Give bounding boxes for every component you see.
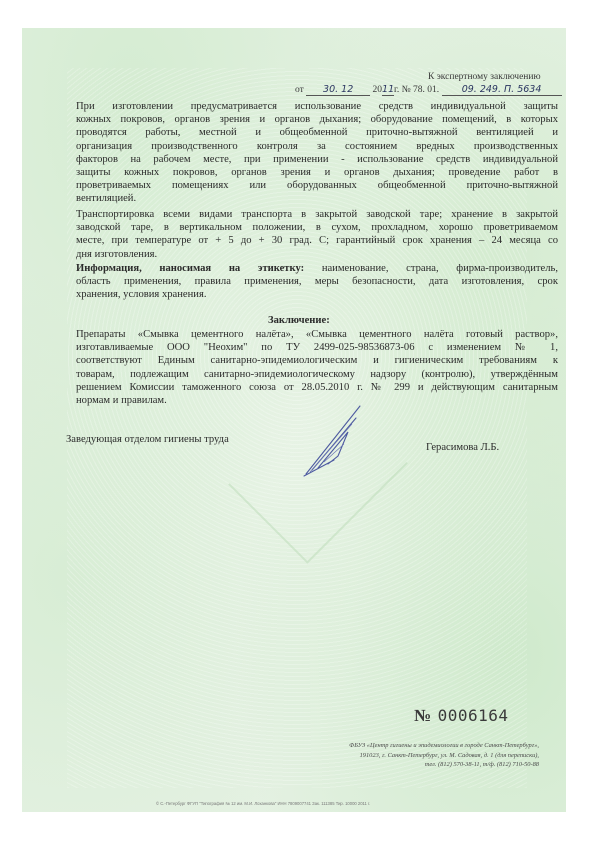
- address-line: ФБУЗ «Центр гигиены и эпидемиологии в го…: [349, 741, 539, 751]
- text-line: товарам, подлежащим санитарно-эпидемиоло…: [76, 368, 558, 381]
- number-sign: №: [414, 706, 432, 725]
- reference-line: от 30. 12 2011г. № 78. 01. 09. 249. П. 5…: [295, 84, 562, 96]
- handwritten-signature: [298, 398, 378, 478]
- conclusion-paragraph: Препараты «Смывка цементного налёта», «С…: [76, 328, 558, 407]
- text-line: Транспортировка всеми видами транспорта …: [76, 208, 558, 221]
- signatory-name: Герасимова Л.Б.: [426, 442, 499, 453]
- serial-value: 0006164: [438, 706, 509, 725]
- year-label: г.: [394, 85, 399, 95]
- text-line: защиты кожных покровов, органов зрения и…: [76, 166, 558, 179]
- from-label: от: [295, 85, 304, 95]
- transport-storage-paragraph: Транспортировка всеми видами транспорта …: [76, 208, 558, 261]
- year-prefix: 20: [373, 85, 383, 95]
- year-suffix: 11: [382, 84, 394, 96]
- text-line: решением Комиссии таможенного союза от 2…: [76, 381, 558, 394]
- text-line: дня изготовления.: [76, 248, 558, 261]
- text-line: проветриваемых помещениях или оборудован…: [76, 179, 558, 192]
- signatory-position: Заведующая отделом гигиены труда: [66, 434, 229, 445]
- text-line: изготавливаемые ООО "Неохим" по ТУ 2499-…: [76, 341, 558, 354]
- text-line: проводятся работы, местной и общеобменно…: [76, 126, 558, 139]
- text-line: хранения, условия хранения.: [76, 288, 558, 301]
- form-serial-number: №0006164: [414, 706, 509, 726]
- text-line: кожных покровов, органов зрения и органо…: [76, 113, 558, 126]
- label-info-paragraph: Информация, наносимая на этикетку: наиме…: [76, 262, 558, 302]
- conclusion-heading: Заключение:: [268, 315, 330, 326]
- printer-footer: © С.-Петербург ФГУП "Типография № 12 им.…: [156, 801, 370, 806]
- text-line: При изготовлении предусматривается испол…: [76, 100, 558, 113]
- text-line: организация производственного контроля з…: [76, 140, 558, 153]
- text-line: факторов на рабочем месте, при применени…: [76, 153, 558, 166]
- text-line: соответствуют Единым санитарно-эпидемиол…: [76, 354, 558, 367]
- text-line: заводской таре, в вертикальном положении…: [76, 221, 558, 234]
- date-field: 30. 12: [306, 84, 370, 96]
- text-line: Препараты «Смывка цементного налёта», «С…: [76, 328, 558, 341]
- ppe-paragraph: При изготовлении предусматривается испол…: [76, 100, 558, 206]
- address-line: 191023, г. Санкт-Петербург, ул. М. Садов…: [349, 751, 539, 761]
- conclusion-number: 09. 249. П. 5634: [442, 84, 562, 96]
- label-info-text: наименование, страна, фирма-производител…: [322, 263, 558, 274]
- address-line: тел. (812) 570-38-11, т/ф. (812) 710-50-…: [349, 760, 539, 770]
- text-line: месте, при температуре от + 5 до + 30 гр…: [76, 234, 558, 247]
- issuer-address: ФБУЗ «Центр гигиены и эпидемиологии в го…: [349, 741, 539, 770]
- text-line: Информация, наносимая на этикетку: наиме…: [76, 262, 558, 275]
- number-prefix: № 78. 01.: [402, 85, 440, 95]
- annex-caption: К экспертному заключению: [428, 72, 541, 82]
- label-info-heading: Информация, наносимая на этикетку:: [76, 263, 304, 274]
- text-line: вентиляцией.: [76, 192, 558, 205]
- text-line: область применения, правила применения, …: [76, 275, 558, 288]
